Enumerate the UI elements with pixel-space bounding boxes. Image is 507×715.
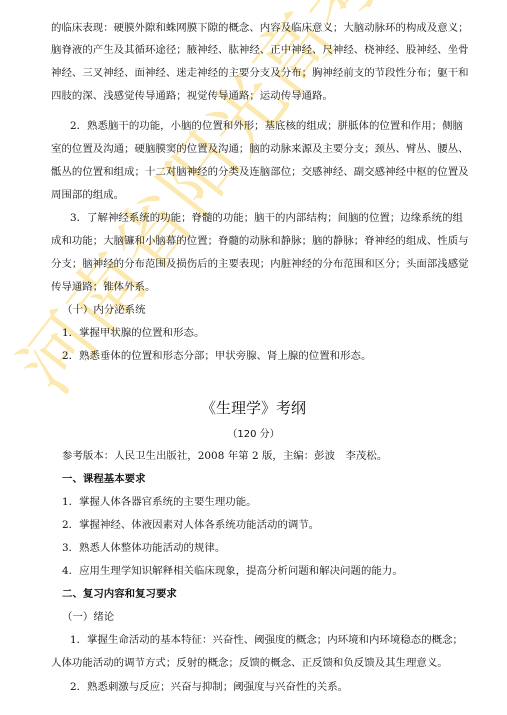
paragraph-line: 人体功能活动的调节方式；反射的概念；反馈的概念、正反馈和负反馈及其生理意义。: [51, 656, 461, 670]
section-heading: 一、课程基本要求: [62, 472, 472, 486]
list-item: 1．掌握人体各器官系统的主要生理功能。: [62, 495, 472, 509]
section-subheading: （十）内分泌系统: [62, 303, 472, 317]
list-item: 1．掌握甲状腺的位置和形态。: [62, 326, 472, 340]
paragraph-line: 传导通路；锥体外系。: [51, 280, 461, 294]
paragraph-line: 神经、三叉神经、面神经、迷走神经的主要分支及分布；胸神经前支的节段性分布；躯干和: [51, 66, 461, 80]
list-item: 1．掌握生命活动的基本特征：兴奋性、阈强度的概念；内环境和内环境稳态的概念；: [70, 633, 462, 647]
list-item: 3．熟悉人体整体功能活动的规律。: [62, 541, 472, 555]
page-content: 的临床表现：硬膜外隙和蛛网膜下隙的概念、内容及临床意义；大脑动脉环的构成及意义；…: [0, 0, 507, 715]
paragraph-line: 成和功能；大脑镰和小脑幕的位置；脊髓的动脉和静脉；脑的静脉；脊神经的组成、性质与: [51, 234, 461, 248]
list-item: 2．熟悉刺激与反应；兴奋与抑制；阈强度与兴奋性的关系。: [70, 680, 462, 694]
paragraph-line: 骶丛的位置和组成；十二对脑神经的分类及连脑部位；交感神经、副交感神经中枢的位置及: [51, 165, 461, 179]
paragraph-line: 周围部的组成。: [51, 188, 461, 202]
list-item: 3．了解神经系统的功能；脊髓的功能；脑干的内部结构；间脑的位置；边缘系统的组: [70, 211, 462, 225]
section-subheading: （一）绪论: [62, 610, 472, 624]
list-item: 4．应用生理学知识解释相关临床现象，提高分析问题和解决问题的能力。: [62, 564, 472, 578]
page-title: 《生理学》考纲: [0, 398, 507, 418]
list-item: 2．熟悉脑干的功能，小脑的位置和外形；基底核的组成；胼胝体的位置和作用；侧脑: [70, 119, 462, 133]
paragraph-line: 的临床表现：硬膜外隙和蛛网膜下隙的概念、内容及临床意义；大脑动脉环的构成及意义；: [51, 21, 461, 35]
paragraph-line: 分支；脑神经的分布范围及损伤后的主要表现；内脏神经的分布范围和区分；头面部浅感觉: [51, 257, 461, 271]
paragraph-line: 脑脊液的产生及其循环途径；腋神经、肱神经、正中神经、尺神经、桡神经、股神经、坐骨: [51, 43, 461, 57]
section-heading: 二、复习内容和复习要求: [62, 587, 472, 601]
document-page: 河南省阳光高考 的临床表现：硬膜外隙和蛛网膜下隙的概念、内容及临床意义；大脑动脉…: [0, 0, 507, 715]
paragraph-line: 室的位置及沟通；硬脑膜窦的位置及沟通；脑的动脉来源及主要分支；颈丛、臂丛、腰丛、: [51, 142, 461, 156]
list-item: 2．熟悉垂体的位置和形态分部；甲状旁腺、肾上腺的位置和形态。: [62, 349, 472, 363]
reference-edition: 参考版本：人民卫生出版社，2008 年第 2 版，主编：彭波 李茂松。: [62, 449, 472, 463]
paragraph-line: 四肢的深、浅感觉传导通路；视觉传导通路；运动传导通路。: [51, 89, 461, 103]
list-item: 2．掌握神经、体液因素对人体各系统功能活动的调节。: [62, 518, 472, 532]
score-label: （120 分）: [0, 428, 507, 442]
